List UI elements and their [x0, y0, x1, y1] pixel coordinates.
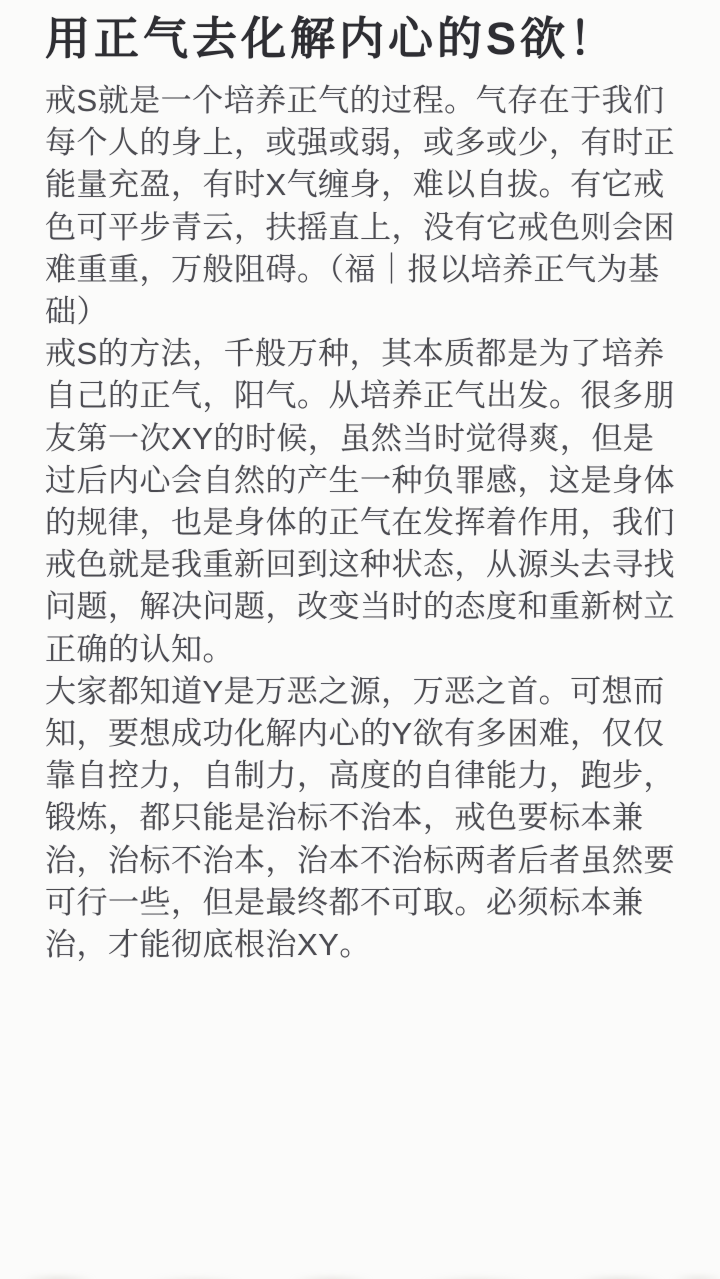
article-paragraph-1: 戒S就是一个培养正气的过程。气存在于我们每个人的身上，或强或弱，或多或少，有时正…	[45, 80, 677, 333]
article-page: 用正气去化解内心的S欲！ 戒S就是一个培养正气的过程。气存在于我们每个人的身上，…	[0, 0, 720, 1279]
article-paragraph-3: 大家都知道Y是万恶之源，万恶之首。可想而知，要想成功化解内心的Y欲有多困难，仅仅…	[45, 671, 677, 966]
article-paragraph-2: 戒S的方法，千般万种，其本质都是为了培养自己的正气，阳气。从培养正气出发。很多朋…	[45, 333, 677, 671]
article-title: 用正气去化解内心的S欲！	[45, 10, 677, 68]
